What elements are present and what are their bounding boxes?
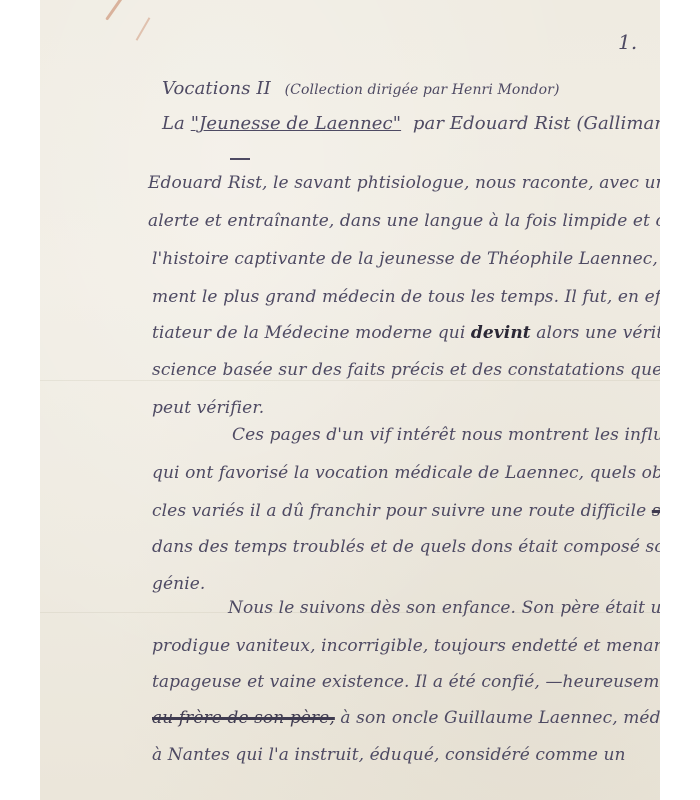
body-text: cles variés il a dû franchir pour suivre… <box>152 501 646 521</box>
emphasized-word: devint <box>471 323 531 343</box>
header-title-line: La "Jeunesse de Laennec" par Edouard Ris… <box>162 113 660 134</box>
body-line: dans des temps troublés et de quels dons… <box>152 537 660 557</box>
series-name: Vocations II <box>162 78 271 99</box>
body-line: cles variés il a dû franchir pour suivre… <box>152 501 660 521</box>
body-line: alerte et entraînante, dans une langue à… <box>148 211 660 231</box>
header-series-line: Vocations II (Collection dirigée par Hen… <box>162 78 560 99</box>
body-text: alors une véritable <box>536 323 660 343</box>
book-title: "Jeunesse de Laennec" <box>191 113 401 134</box>
canvas: 1. Vocations II (Collection dirigée par … <box>0 0 700 800</box>
paragraph-start-line: Nous le suivons dès son enfance. Son pèr… <box>228 598 660 618</box>
body-line: ment le plus grand médecin de tous les t… <box>152 287 660 307</box>
body-text: à son oncle Guillaume Laennec, médecin <box>340 708 660 728</box>
series-note: (Collection dirigée par Henri Mondor) <box>285 82 560 98</box>
page-number: 1. <box>618 30 637 54</box>
body-line: génie. <box>152 574 205 594</box>
section-divider <box>230 158 250 160</box>
body-line: peut vérifier. <box>152 398 264 418</box>
handwritten-manuscript-page: 1. Vocations II (Collection dirigée par … <box>40 0 660 800</box>
body-line: l'histoire captivante de la jeunesse de … <box>152 249 660 269</box>
title-prefix: La <box>162 113 185 134</box>
body-line: Edouard Rist, le savant phtisiologue, no… <box>148 173 660 193</box>
ink-stain <box>105 0 125 21</box>
body-line: au frère de son père, à son oncle Guilla… <box>152 708 660 728</box>
body-line: science basée sur des faits précis et de… <box>152 360 660 380</box>
struck-word: sous <box>652 501 660 521</box>
body-line: tapageuse et vaine existence. Il a été c… <box>152 672 660 692</box>
ink-stain <box>136 17 151 41</box>
body-line: à Nantes qui l'a instruit, éduqué, consi… <box>152 745 626 765</box>
paper-fold <box>40 380 660 381</box>
body-line: qui ont favorisé la vocation médicale de… <box>152 463 660 483</box>
struck-phrase: au frère de son père, <box>152 708 335 728</box>
body-line: prodigue vaniteux, incorrigible, toujour… <box>152 636 660 656</box>
paragraph-start-line: Ces pages d'un vif intérêt nous montrent… <box>232 425 660 445</box>
byline: par Edouard Rist (Gallimard). <box>413 113 660 134</box>
body-text: tiateur de la Médecine moderne qui <box>152 323 465 343</box>
body-line: tiateur de la Médecine moderne qui devin… <box>152 323 660 343</box>
